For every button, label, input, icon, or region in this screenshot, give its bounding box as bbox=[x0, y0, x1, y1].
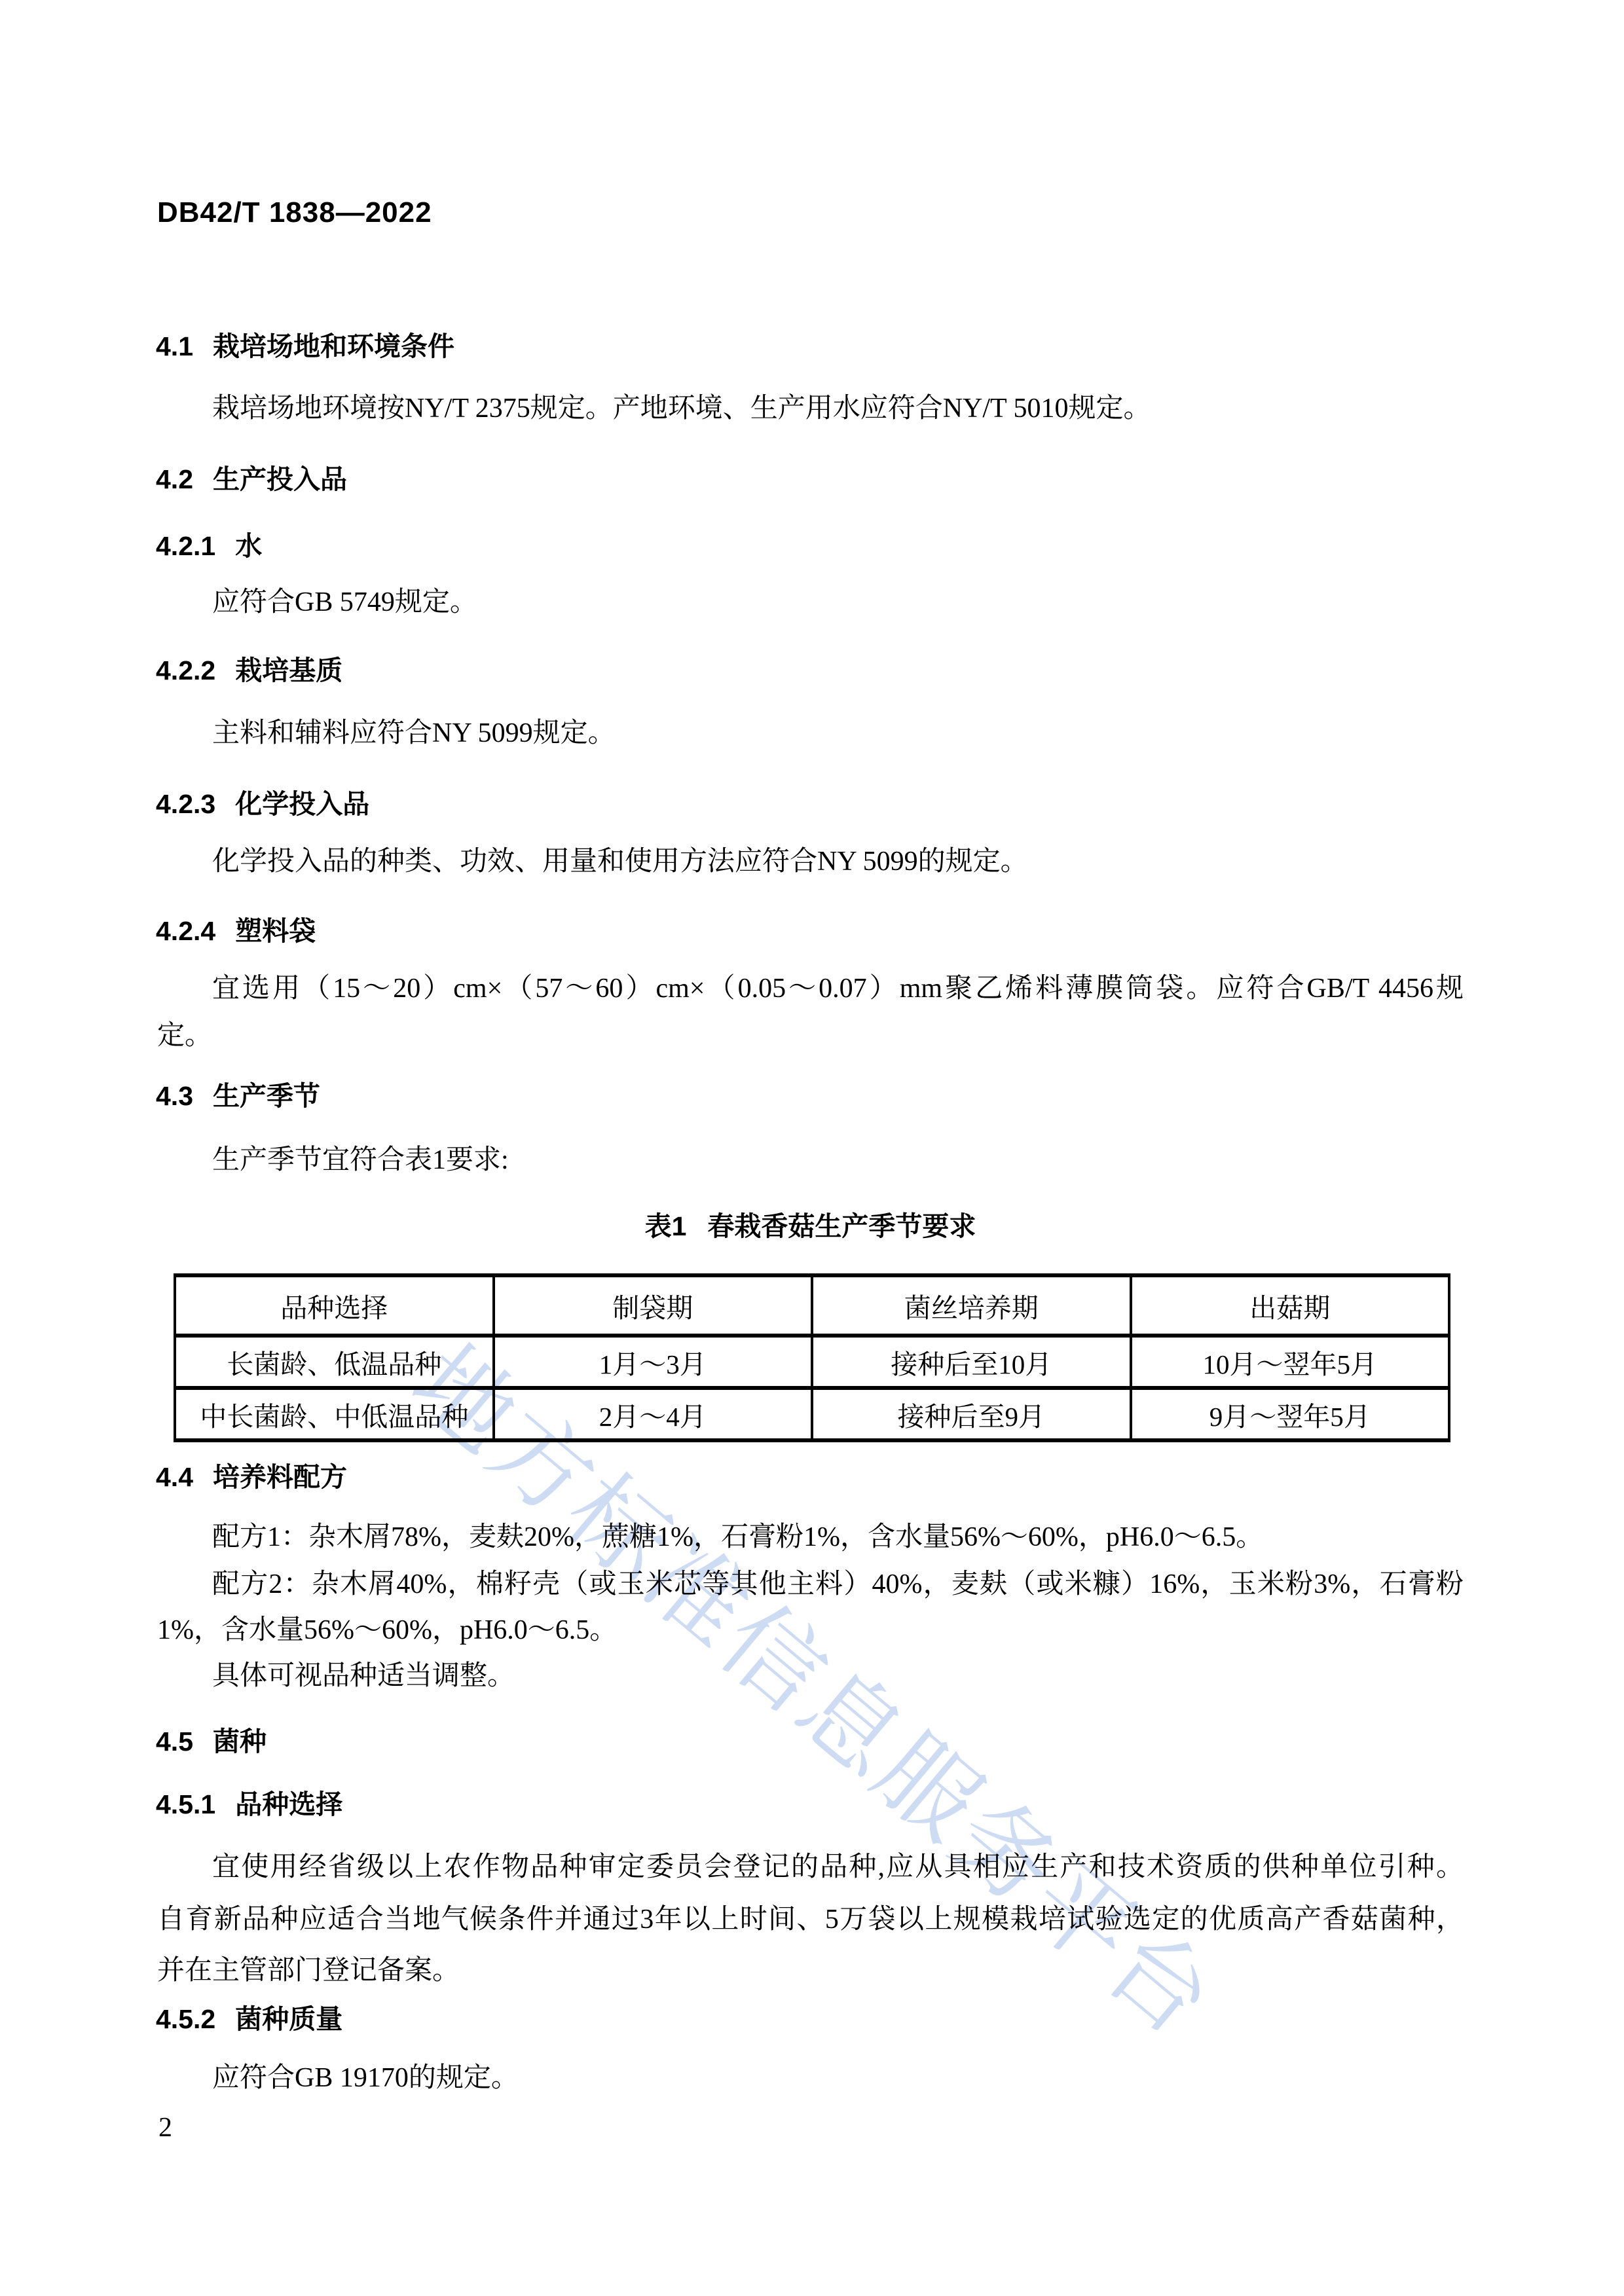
section-heading-4-2-1: 4.2.1 水 bbox=[156, 530, 262, 562]
paragraph-plastic-bag-line1: 宜选用（15～20）cm×（57～60）cm×（0.05～0.07）mm聚乙烯料… bbox=[157, 972, 1464, 1006]
section-number: 4.5 bbox=[156, 1726, 193, 1758]
table-cell: 10月～翌年5月 bbox=[1131, 1336, 1450, 1388]
table-cell: 接种后至10月 bbox=[812, 1336, 1131, 1388]
page-number: 2 bbox=[158, 2112, 172, 2143]
paragraph-formula1: 配方1：杂木屑78%，麦麸20%，蔗糖1%，石膏粉1%，含水量56%～60%，p… bbox=[157, 1520, 1464, 1555]
section-heading-4-2-2: 4.2.2 栽培基质 bbox=[156, 655, 342, 687]
table-header-cell: 制袋期 bbox=[494, 1275, 813, 1336]
section-heading-4-3: 4.3 生产季节 bbox=[156, 1080, 320, 1112]
table-cell: 接种后至9月 bbox=[812, 1388, 1131, 1440]
table-row: 长菌龄、低温品种 1月～3月 接种后至10月 10月～翌年5月 bbox=[175, 1336, 1449, 1388]
section-title: 菌种 bbox=[213, 1726, 267, 1758]
section-title: 培养料配方 bbox=[213, 1461, 347, 1493]
document-page: 地方标准信息服务平台 DB42/T 1838—2022 4.1 栽培场地和环境条… bbox=[0, 0, 1624, 2296]
table-header-cell: 品种选择 bbox=[175, 1275, 494, 1336]
section-number: 4.2.2 bbox=[156, 655, 215, 687]
section-heading-4-1: 4.1 栽培场地和环境条件 bbox=[156, 331, 454, 363]
section-number: 4.4 bbox=[156, 1461, 193, 1493]
paragraph-formula2-line1: 配方2：杂木屑40%，棉籽壳（或玉米芯等其他主料）40%，麦麸（或米糠）16%，… bbox=[157, 1567, 1464, 1602]
table-header-cell: 菌丝培养期 bbox=[812, 1275, 1131, 1336]
paragraph-chemical-inputs: 化学投入品的种类、功效、用量和使用方法应符合NY 5099的规定。 bbox=[157, 845, 1464, 879]
section-number: 4.2.4 bbox=[156, 915, 215, 947]
table-cell: 中长菌龄、中低温品种 bbox=[175, 1388, 494, 1440]
section-title: 化学投入品 bbox=[235, 788, 369, 820]
section-heading-4-5-1: 4.5.1 品种选择 bbox=[156, 1789, 342, 1821]
table-cell: 长菌龄、低温品种 bbox=[175, 1336, 494, 1388]
section-number: 4.5.1 bbox=[156, 1789, 215, 1821]
paragraph-substrate: 主料和辅料应符合NY 5099规定。 bbox=[157, 716, 1464, 751]
section-heading-4-2: 4.2 生产投入品 bbox=[156, 464, 347, 496]
table-caption: 表1春栽香菇生产季节要求 bbox=[157, 1205, 1464, 1243]
section-heading-4-4: 4.4 培养料配方 bbox=[156, 1461, 347, 1493]
section-heading-4-5: 4.5 菌种 bbox=[156, 1726, 267, 1758]
table-header-row: 品种选择 制袋期 菌丝培养期 出菇期 bbox=[175, 1275, 1449, 1336]
section-title: 生产投入品 bbox=[213, 464, 347, 496]
section-title: 栽培基质 bbox=[235, 655, 342, 687]
paragraph-variety-line2: 自育新品种应适合当地气候条件并通过3年以上时间、5万袋以上规模栽培试验选定的优质… bbox=[157, 1903, 1464, 1937]
paragraph-season-intro: 生产季节宜符合表1要求: bbox=[157, 1143, 1464, 1178]
standard-code-header: DB42/T 1838—2022 bbox=[157, 196, 432, 229]
section-number: 4.3 bbox=[156, 1080, 193, 1112]
section-heading-4-2-3: 4.2.3 化学投入品 bbox=[156, 788, 369, 820]
section-title: 菌种质量 bbox=[235, 2003, 342, 2035]
section-heading-4-5-2: 4.5.2 菌种质量 bbox=[156, 2003, 342, 2035]
table-caption-title: 春栽香菇生产季节要求 bbox=[707, 1211, 976, 1241]
table-caption-label: 表1 bbox=[645, 1211, 687, 1241]
section-title: 生产季节 bbox=[213, 1080, 320, 1112]
section-title: 水 bbox=[235, 530, 262, 562]
paragraph-spawn-quality: 应符合GB 19170的规定。 bbox=[157, 2061, 1464, 2096]
section-title: 塑料袋 bbox=[235, 915, 316, 947]
paragraph-plastic-bag-line2: 定。 bbox=[157, 1019, 1464, 1053]
table-cell: 9月～翌年5月 bbox=[1131, 1388, 1450, 1440]
section-number: 4.2 bbox=[156, 464, 193, 496]
table-header-cell: 出菇期 bbox=[1131, 1275, 1450, 1336]
paragraph-variety-line1: 宜使用经省级以上农作物品种审定委员会登记的品种,应从具相应生产和技术资质的供种单… bbox=[157, 1850, 1464, 1885]
table-cell: 2月～4月 bbox=[494, 1388, 813, 1440]
section-title: 品种选择 bbox=[235, 1789, 342, 1821]
paragraph-formula-adjust: 具体可视品种适当调整。 bbox=[157, 1659, 1464, 1694]
section-number: 4.2.1 bbox=[156, 530, 215, 562]
paragraph-water: 应符合GB 5749规定。 bbox=[157, 585, 1464, 620]
paragraph-site-environment: 栽培场地环境按NY/T 2375规定。产地环境、生产用水应符合NY/T 5010… bbox=[157, 392, 1464, 426]
paragraph-formula2-line2: 1%，含水量56%～60%，pH6.0～6.5。 bbox=[157, 1613, 1464, 1648]
section-number: 4.1 bbox=[156, 331, 193, 363]
section-title: 栽培场地和环境条件 bbox=[213, 331, 454, 363]
section-heading-4-2-4: 4.2.4 塑料袋 bbox=[156, 915, 316, 947]
section-number: 4.5.2 bbox=[156, 2003, 215, 2035]
content-layer: DB42/T 1838—2022 4.1 栽培场地和环境条件 栽培场地环境按NY… bbox=[0, 0, 1624, 2296]
table-cell: 1月～3月 bbox=[494, 1336, 813, 1388]
paragraph-variety-line3: 并在主管部门登记备案。 bbox=[157, 1954, 1464, 1988]
section-number: 4.2.3 bbox=[156, 788, 215, 820]
table-row: 中长菌龄、中低温品种 2月～4月 接种后至9月 9月～翌年5月 bbox=[175, 1388, 1449, 1440]
season-requirements-table: 品种选择 制袋期 菌丝培养期 出菇期 长菌龄、低温品种 1月～3月 接种后至10… bbox=[174, 1273, 1450, 1442]
